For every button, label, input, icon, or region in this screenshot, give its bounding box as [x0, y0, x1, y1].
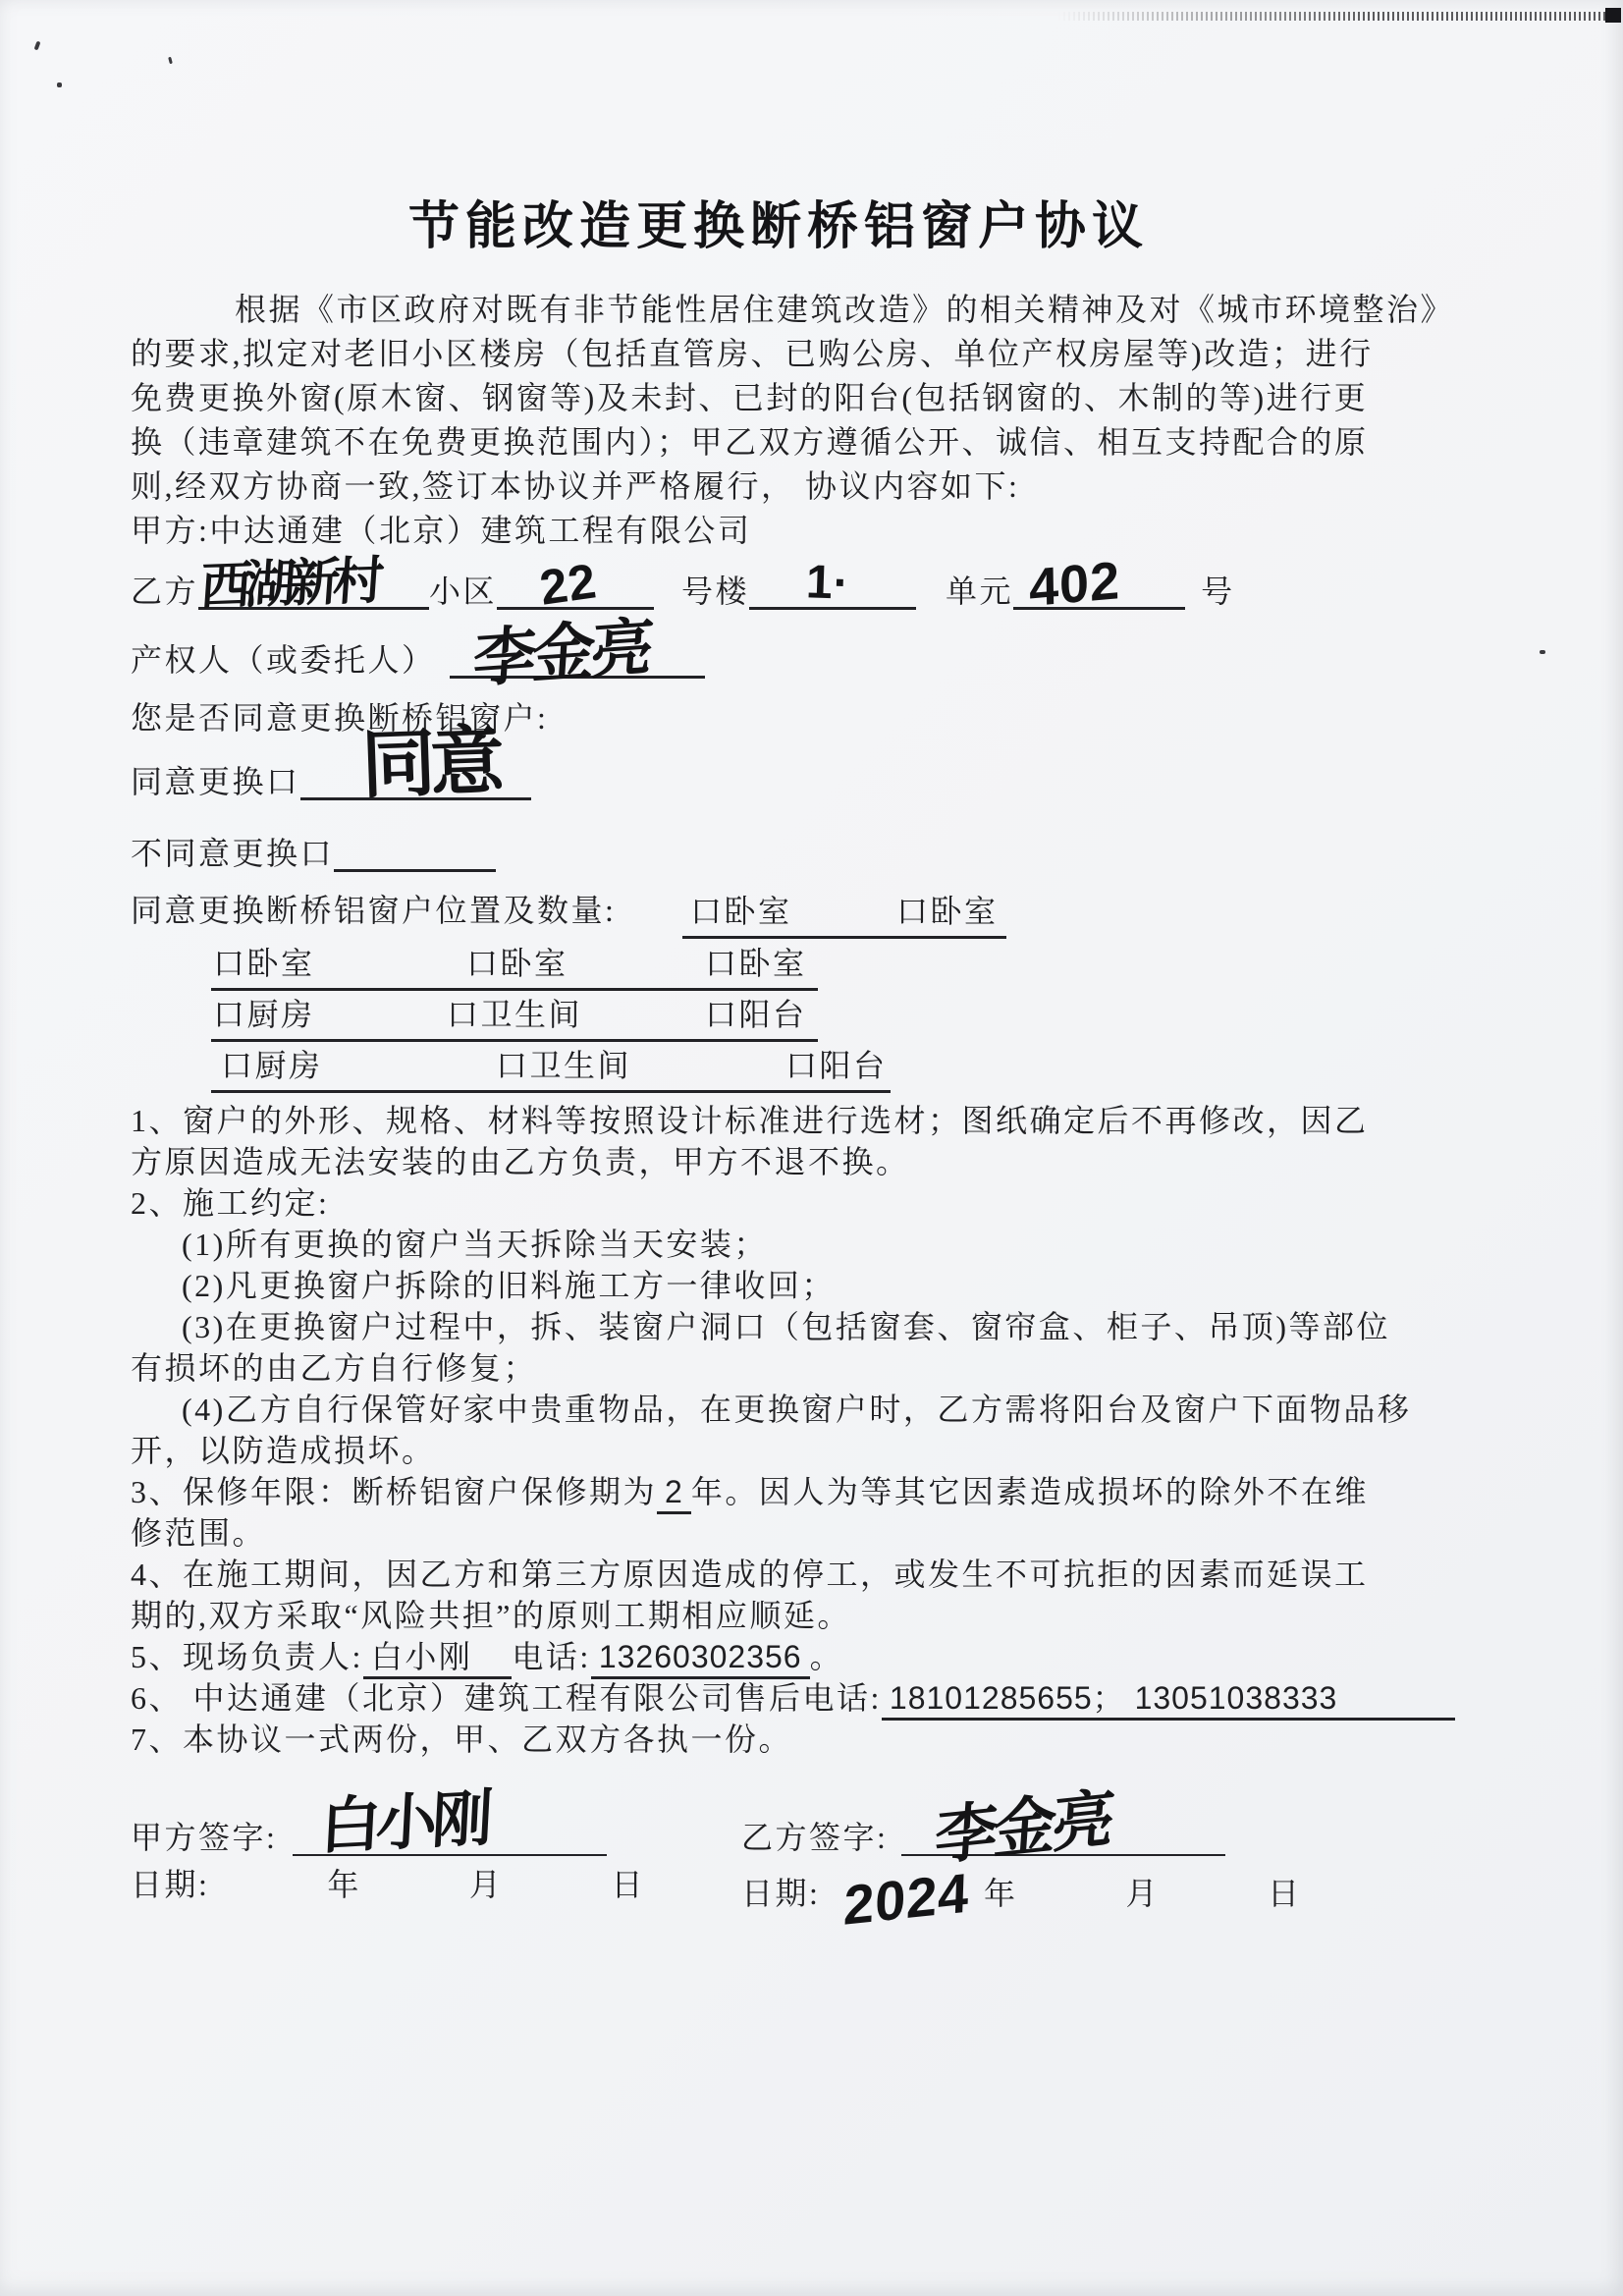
unit-suffix: 单元 — [946, 573, 1013, 610]
intro-line-2: 的要求,拟定对老旧小区楼房（包括直管房、已购公房、单位产权房屋等)改造；进行 — [131, 335, 1374, 372]
party-b-year-handwriting: 2024 — [843, 1859, 971, 1939]
clause4-line-1: 4、在施工期间，因乙方和第三方原因造成的停工，或发生不可抗拒的因素而延误工 — [131, 1556, 1369, 1593]
clause2-item-4-line-2: 开，以防造成损坏。 — [131, 1432, 436, 1469]
scan-speck — [168, 57, 173, 65]
day-label: 日 — [1268, 1876, 1302, 1911]
clause5-mid: 电话: — [512, 1639, 590, 1674]
clause3-post: 年。因人为等其它因素造成损坏的除外不在维 — [691, 1474, 1369, 1509]
clause2-item-4-line-1: (4)乙方自行保管好家中贵重物品，在更换窗户时，乙方需将阳台及窗户下面物品移 — [131, 1391, 1411, 1428]
clause4-line-2: 期的,双方采取“风险共担”的原则工期相应顺延。 — [131, 1597, 851, 1634]
disagree-line: 不同意更换口 — [131, 830, 496, 872]
clause5-end: 。 — [810, 1639, 844, 1674]
room-blank: 402 — [1013, 568, 1185, 610]
scan-speck — [34, 41, 41, 51]
year-label: 年 — [984, 1876, 1018, 1911]
party-b-line: 乙方西湖新村小区22号楼1·单元402号 — [131, 568, 1235, 610]
clause5-line: 5、现场负责人:白小刚电话:13260302356。 — [131, 1638, 843, 1675]
owner-signature-handwriting: 李金亮 — [470, 616, 651, 691]
unit-blank: 1· — [749, 568, 916, 610]
clause2-item-2: (2)凡更换窗户拆除的旧料施工方一律收回； — [131, 1267, 836, 1304]
site-manager-name: 白小刚 — [363, 1639, 513, 1679]
community-handwriting: 西湖新村 — [198, 557, 379, 614]
disagree-label: 不同意更换口 — [131, 835, 334, 872]
scan-speck — [1540, 650, 1545, 654]
scan-streak-artifact — [1058, 12, 1623, 21]
locations-row-3: 口厨房 口卫生间 口阳台 — [211, 1043, 891, 1093]
month-label: 月 — [1126, 1876, 1161, 1911]
location-item: 口卧室 — [705, 939, 807, 984]
location-item: 口卧室 — [896, 887, 999, 932]
intro-line-1: 根据《市区政府对既有非节能性居住建筑改造》的相关精神及对《城市环境整治》 — [131, 291, 1454, 328]
agree-line: 同意更换口同意 — [131, 758, 531, 800]
party-a-line: 甲方:中达通建（北京）建筑工程有限公司 — [131, 512, 751, 549]
location-item: 口厨房 — [213, 990, 315, 1035]
warranty-years-value: 2 — [657, 1474, 691, 1514]
disagree-blank — [334, 830, 496, 872]
party-a-signature-line: 甲方签字:白小刚 — [131, 1815, 607, 1856]
month-label: 月 — [469, 1867, 504, 1902]
location-item: 口阳台 — [705, 990, 807, 1035]
clause2-head: 2、施工约定: — [131, 1184, 329, 1222]
building-handwriting: 22 — [537, 556, 600, 613]
locations-row-1: 口卧室 口卧室 口卧室 — [211, 941, 818, 991]
clause1-line-2: 方原因造成无法安装的由乙方负责，甲方不退不换。 — [131, 1143, 910, 1180]
day-label: 日 — [611, 1867, 645, 1902]
location-item: 口卫生间 — [447, 990, 582, 1035]
clause6-line: 6、 中达通建（北京）建筑工程有限公司售后电话:18101285655； 130… — [131, 1679, 1455, 1717]
clause2-item-3-line-1: (3)在更换窗户过程中，拆、装窗户洞口（包括窗套、窗帘盒、柜子、吊顶)等部位 — [131, 1308, 1390, 1345]
location-item: 口卧室 — [213, 939, 315, 984]
agree-label: 同意更换口 — [131, 763, 300, 800]
clause3-line-1: 3、保修年限：断桥铝窗户保修期为2年。因人为等其它因素造成损坏的除外不在维 — [131, 1473, 1369, 1510]
unit-handwriting: 1· — [805, 559, 850, 608]
party-b-signature-label: 乙方签字: — [741, 1819, 888, 1856]
location-item: 口卧室 — [690, 887, 792, 932]
intro-line-4: 换（违章建筑不在免费更换范围内）；甲乙双方遵循公开、诚信、相互支持配合的原 — [131, 423, 1369, 461]
site-manager-phone: 13260302356 — [591, 1639, 810, 1679]
date-label: 日期: — [741, 1876, 820, 1911]
locations-header-row: 口卧室 口卧室 — [682, 889, 1006, 939]
owner-label: 产权人（或委托人） — [131, 641, 436, 679]
owner-line: 产权人（或委托人）李金亮 — [131, 636, 705, 679]
scanned-agreement-page: 节能改造更换断桥铝窗户协议 根据《市区政府对既有非节能性居住建筑改造》的相关精神… — [0, 0, 1623, 2296]
clause7-line: 7、本协议一式两份，甲、乙双方各执一份。 — [131, 1721, 792, 1758]
community-blank: 西湖新村 — [198, 568, 429, 610]
agree-blank: 同意 — [300, 758, 531, 800]
clause3-pre: 3、保修年限：断桥铝窗户保修期为 — [131, 1474, 657, 1509]
clause1-line-1: 1、窗户的外形、规格、材料等按照设计标准进行选材；图纸确定后不再修改，因乙 — [131, 1102, 1369, 1139]
year-label: 年 — [327, 1867, 361, 1902]
clause2-item-1: (1)所有更换的窗户当天拆除当天安装； — [131, 1226, 768, 1263]
owner-blank: 李金亮 — [450, 636, 705, 679]
locations-header-label: 同意更换断桥铝窗户位置及数量: — [131, 892, 616, 929]
scan-speck — [57, 82, 62, 87]
community-suffix: 小区 — [429, 573, 497, 610]
room-suffix: 号 — [1201, 573, 1235, 610]
doc-title: 节能改造更换断桥铝窗户协议 — [131, 185, 1427, 258]
party-b-label: 乙方 — [131, 573, 198, 610]
intro-line-5: 则,经双方协商一致,签订本协议并严格履行， 协议内容如下: — [131, 467, 1019, 505]
party-b-signature-blank: 李金亮 — [901, 1815, 1225, 1856]
party-a-date-line: 日期:年月日 — [131, 1866, 645, 1903]
date-label: 日期: — [131, 1867, 209, 1902]
location-item: 口阳台 — [785, 1041, 888, 1086]
building-suffix: 号楼 — [681, 573, 749, 610]
party-b-signature-handwriting: 李金亮 — [934, 1787, 1114, 1870]
room-handwriting: 402 — [1029, 554, 1121, 615]
clause3-line-2: 修范围。 — [131, 1514, 266, 1552]
intro-line-3: 免费更换外窗(原木窗、钢窗等)及未封、已封的阳台(包括钢窗的、木制的等)进行更 — [131, 379, 1368, 416]
scan-corner-blot — [1605, 8, 1621, 23]
building-blank: 22 — [497, 568, 654, 610]
locations-header-line: 同意更换断桥铝窗户位置及数量: — [131, 892, 616, 929]
location-item: 口卧室 — [466, 939, 568, 984]
party-a-signature-handwriting: 白小刚 — [319, 1788, 490, 1858]
clause5-pre: 5、现场负责人: — [131, 1639, 363, 1674]
location-item: 口厨房 — [221, 1041, 323, 1086]
aftersales-phones: 18101285655； 13051038333 — [882, 1680, 1455, 1721]
party-b-date-line: 日期:2024年月日 — [741, 1866, 1302, 1932]
party-a-signature-blank: 白小刚 — [293, 1815, 607, 1856]
clause2-item-3-line-2: 有损坏的由乙方自行修复； — [131, 1349, 537, 1387]
clause6-pre: 6、 中达通建（北京）建筑工程有限公司售后电话: — [131, 1680, 882, 1716]
party-b-signature-line: 乙方签字:李金亮 — [741, 1815, 1225, 1856]
agree-handwriting: 同意 — [359, 725, 500, 804]
locations-row-2: 口厨房 口卫生间 口阳台 — [211, 992, 818, 1042]
party-a-signature-label: 甲方签字: — [131, 1819, 277, 1856]
location-item: 口卫生间 — [496, 1041, 631, 1086]
